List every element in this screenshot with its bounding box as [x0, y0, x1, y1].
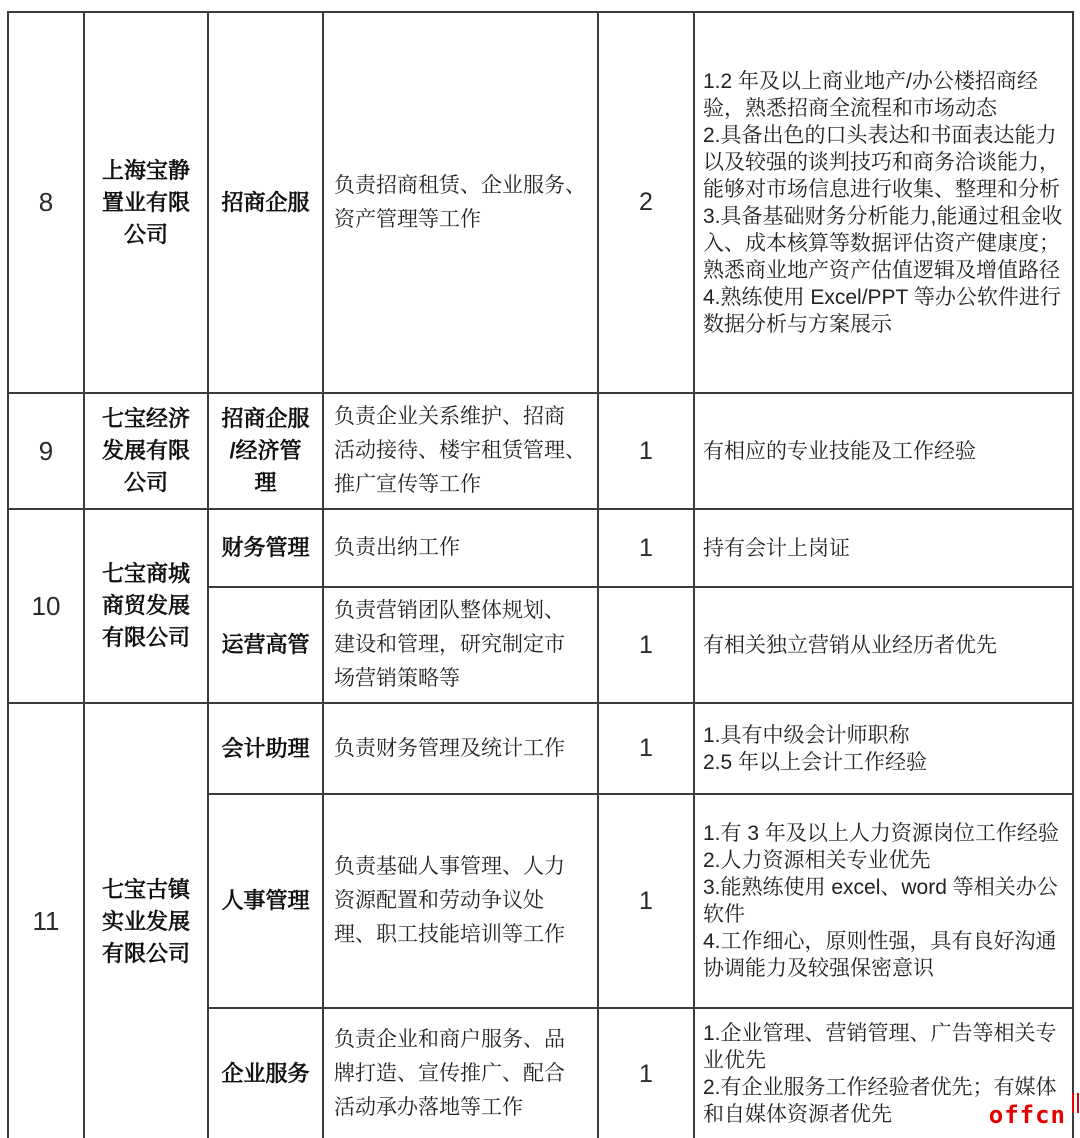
- position-title: 会计助理: [208, 703, 323, 794]
- headcount: 1: [598, 393, 694, 509]
- position-requirements: 1.2 年及以上商业地产/办公楼招商经验，熟悉招商全流程和市场动态 2.具备出色…: [694, 12, 1073, 393]
- headcount: 1: [598, 1008, 694, 1138]
- company-name: 上海宝静 置业有限 公司: [84, 12, 208, 393]
- row-no: 11: [8, 703, 84, 1138]
- position-title: 招商企服 /经济管 理: [208, 393, 323, 509]
- position-requirements: 1.具有中级会计师职称 2.5 年以上会计工作经验: [694, 703, 1073, 794]
- position-requirements: 有相关独立营销从业经历者优先: [694, 587, 1073, 703]
- headcount: 1: [598, 703, 694, 794]
- position-duties: 负责财务管理及统计工作: [323, 703, 598, 794]
- position-duties: 负责企业关系维护、招商 活动接待、楼宇租赁管理、 推广宣传等工作: [323, 393, 598, 509]
- company-name: 七宝古镇 实业发展 有限公司: [84, 703, 208, 1138]
- position-duties: 负责招商租赁、企业服务、 资产管理等工作: [323, 12, 598, 393]
- table-row: 9 七宝经济 发展有限 公司 招商企服 /经济管 理 负责企业关系维护、招商 活…: [8, 393, 1073, 509]
- offcn-watermark: offcn: [989, 1101, 1066, 1129]
- position-duties: 负责基础人事管理、人力 资源配置和劳动争议处 理、职工技能培训等工作: [323, 794, 598, 1008]
- table-row: 8 上海宝静 置业有限 公司 招商企服 负责招商租赁、企业服务、 资产管理等工作…: [8, 12, 1073, 393]
- headcount: 2: [598, 12, 694, 393]
- position-duties: 负责营销团队整体规划、 建设和管理，研究制定市 场营销策略等: [323, 587, 598, 703]
- table-row: 11 七宝古镇 实业发展 有限公司 会计助理 负责财务管理及统计工作 1 1.具…: [8, 703, 1073, 794]
- row-no: 8: [8, 12, 84, 393]
- recruitment-table: 8 上海宝静 置业有限 公司 招商企服 负责招商租赁、企业服务、 资产管理等工作…: [7, 11, 1074, 1138]
- position-duties: 负责企业和商户服务、品 牌打造、宣传推广、配合 活动承办落地等工作: [323, 1008, 598, 1138]
- position-requirements: 持有会计上岗证: [694, 509, 1073, 587]
- headcount: 1: [598, 794, 694, 1008]
- position-requirements: 1.有 3 年及以上人力资源岗位工作经验 2.人力资源相关专业优先 3.能熟练使…: [694, 794, 1073, 1008]
- table-row: 10 七宝商城 商贸发展 有限公司 财务管理 负责出纳工作 1 持有会计上岗证: [8, 509, 1073, 587]
- position-requirements: 有相应的专业技能及工作经验: [694, 393, 1073, 509]
- company-name: 七宝商城 商贸发展 有限公司: [84, 509, 208, 703]
- recruitment-table-page: 8 上海宝静 置业有限 公司 招商企服 负责招商租赁、企业服务、 资产管理等工作…: [0, 0, 1080, 1138]
- position-title: 运营高管: [208, 587, 323, 703]
- row-no: 10: [8, 509, 84, 703]
- watermark-edge-fragment: [1072, 1093, 1079, 1113]
- headcount: 1: [598, 509, 694, 587]
- position-title: 财务管理: [208, 509, 323, 587]
- position-title: 人事管理: [208, 794, 323, 1008]
- headcount: 1: [598, 587, 694, 703]
- position-duties: 负责出纳工作: [323, 509, 598, 587]
- position-title: 企业服务: [208, 1008, 323, 1138]
- row-no: 9: [8, 393, 84, 509]
- company-name: 七宝经济 发展有限 公司: [84, 393, 208, 509]
- position-title: 招商企服: [208, 12, 323, 393]
